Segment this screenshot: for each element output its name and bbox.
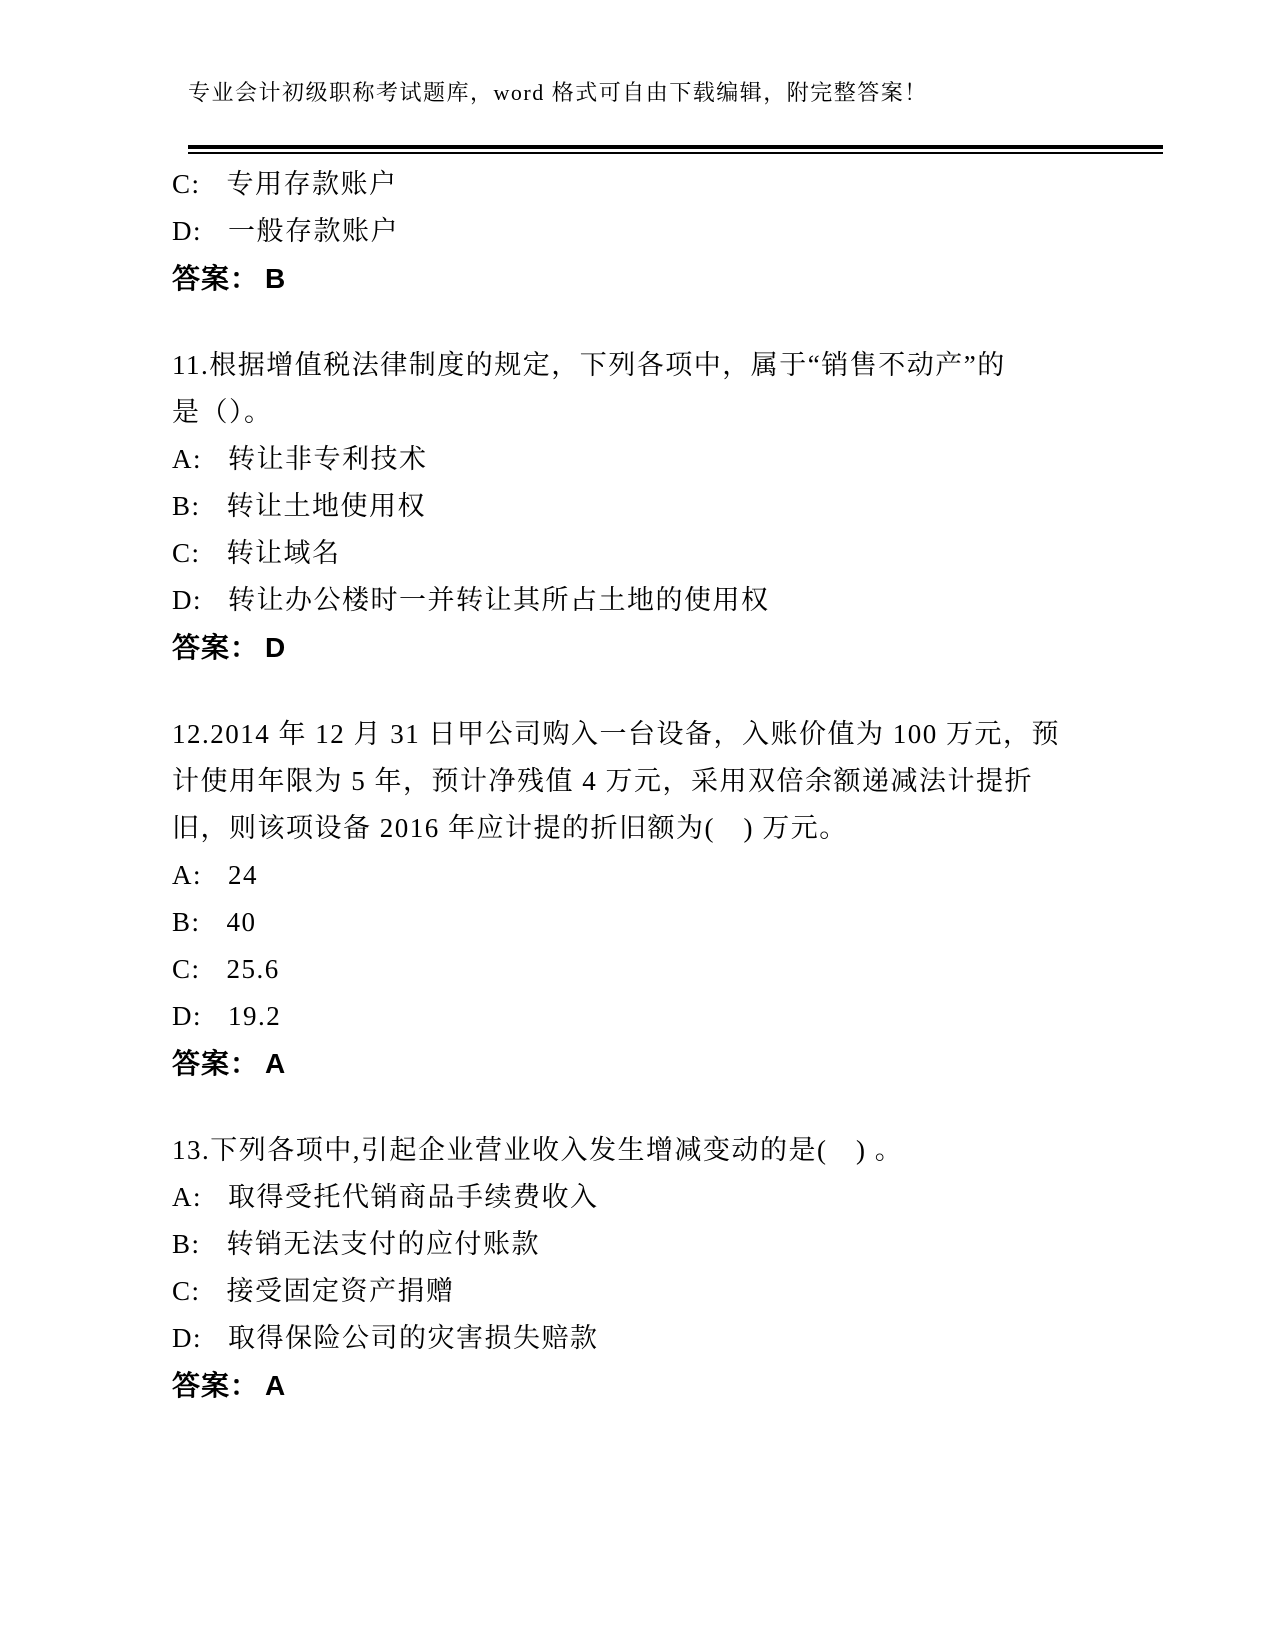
option-text: 转销无法支付的应付账款 (227, 1229, 541, 1259)
option-line: A:取得受托代销商品手续费收入 (172, 1174, 1157, 1221)
option-text: 24 (228, 860, 258, 890)
answer-value: A (265, 1370, 286, 1401)
option-line: B:转销无法支付的应付账款 (172, 1221, 1157, 1268)
option-text: 40 (227, 907, 257, 937)
option-text: 专用存款账户 (227, 169, 398, 199)
answer-label: 答案： (172, 263, 259, 294)
question-stem: 11.根据增值税法律制度的规定，下列各项中，属于“销售不动产”的 是（）。 (172, 342, 1157, 436)
option-text: 取得保险公司的灾害损失赔款 (228, 1323, 599, 1353)
option-text: 转让土地使用权 (227, 491, 427, 521)
option-label: C: (172, 538, 201, 568)
option-label: D: (172, 1001, 202, 1031)
answer-line: 答案：A (172, 1362, 1157, 1409)
option-line: D:转让办公楼时一并转让其所占土地的使用权 (172, 577, 1157, 624)
option-line: C:转让域名 (172, 530, 1157, 577)
answer-value: B (265, 263, 286, 294)
option-text: 取得受托代销商品手续费收入 (228, 1182, 599, 1212)
header-text: 专业会计初级职称考试题库，word 格式可自由下载编辑，附完整答案！ (188, 0, 1163, 108)
answer-line: 答案：B (172, 255, 1157, 302)
option-label: B: (172, 907, 201, 937)
answer-label: 答案： (172, 632, 259, 663)
option-text: 转让非专利技术 (228, 444, 428, 474)
option-text: 25.6 (227, 954, 280, 984)
option-text: 转让域名 (227, 538, 341, 568)
option-label: A: (172, 1182, 202, 1212)
option-line: C:接受固定资产捐赠 (172, 1268, 1157, 1315)
document-content: C:专用存款账户 D:一般存款账户 答案：B 11.根据增值税法律制度的规定，下… (172, 161, 1157, 1409)
option-line: C:专用存款账户 (172, 161, 1157, 208)
option-text: 转让办公楼时一并转让其所占土地的使用权 (228, 585, 770, 615)
option-label: C: (172, 954, 201, 984)
option-label: B: (172, 1229, 201, 1259)
option-label: A: (172, 444, 202, 474)
option-label: D: (172, 1323, 202, 1353)
option-line: B:转让土地使用权 (172, 483, 1157, 530)
option-line: B:40 (172, 899, 1157, 946)
answer-line: 答案：D (172, 624, 1157, 671)
option-label: C: (172, 169, 201, 199)
option-line: C:25.6 (172, 946, 1157, 993)
answer-label: 答案： (172, 1048, 259, 1079)
option-line: D:取得保险公司的灾害损失赔款 (172, 1315, 1157, 1362)
option-label: B: (172, 491, 201, 521)
answer-value: A (265, 1048, 286, 1079)
question-stem: 13.下列各项中,引起企业营业收入发生增减变动的是( ) 。 (172, 1127, 1157, 1174)
answer-value: D (265, 632, 286, 663)
answer-line: 答案：A (172, 1040, 1157, 1087)
option-text: 一般存款账户 (228, 216, 399, 246)
question-stem: 12.2014 年 12 月 31 日甲公司购入一台设备，入账价值为 100 万… (172, 711, 1157, 852)
option-label: D: (172, 216, 202, 246)
option-text: 接受固定资产捐赠 (227, 1276, 455, 1306)
answer-label: 答案： (172, 1370, 259, 1401)
document-page: 专业会计初级职称考试题库，word 格式可自由下载编辑，附完整答案！ C:专用存… (0, 0, 1275, 1650)
option-line: D:19.2 (172, 993, 1157, 1040)
header-divider (188, 145, 1163, 154)
option-text: 19.2 (228, 1001, 281, 1031)
option-label: A: (172, 860, 202, 890)
option-label: C: (172, 1276, 201, 1306)
option-label: D: (172, 585, 202, 615)
option-line: D:一般存款账户 (172, 208, 1157, 255)
option-line: A:转让非专利技术 (172, 436, 1157, 483)
option-line: A:24 (172, 852, 1157, 899)
